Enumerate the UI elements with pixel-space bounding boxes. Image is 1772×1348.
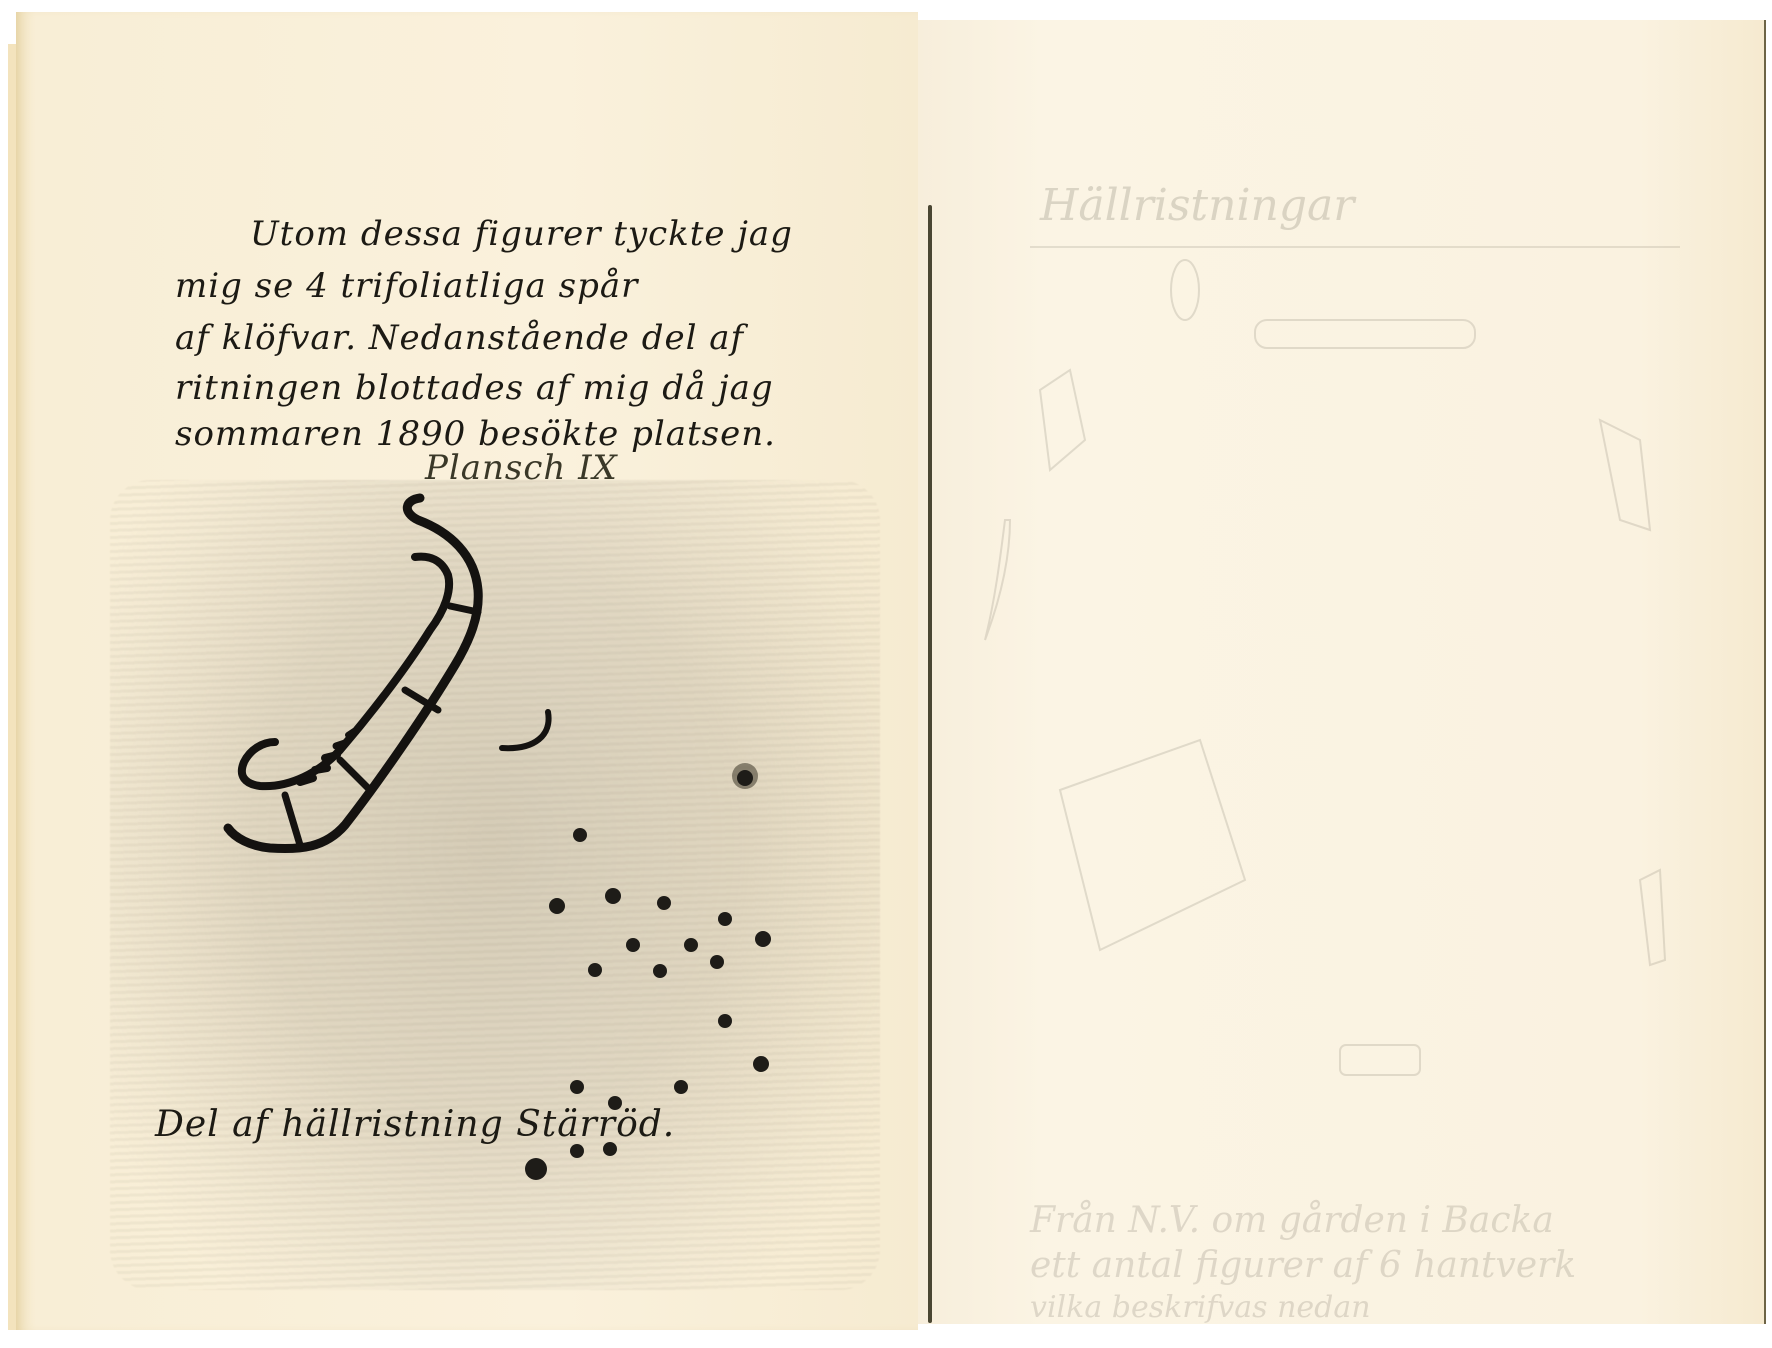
notebook-spread: Utom dessa figurer tyckte jag mig se 4 t… xyxy=(0,0,1772,1348)
show-through-line-1: Från N.V. om gården i Backa xyxy=(1030,1200,1554,1241)
show-through-line-3: vilka beskrifvas nedan xyxy=(1030,1290,1371,1325)
center-spine-line xyxy=(928,205,932,1323)
show-through-sketches xyxy=(0,0,1772,1348)
show-through-line-2: ett antal figurer af 6 hantverk xyxy=(1030,1245,1576,1286)
